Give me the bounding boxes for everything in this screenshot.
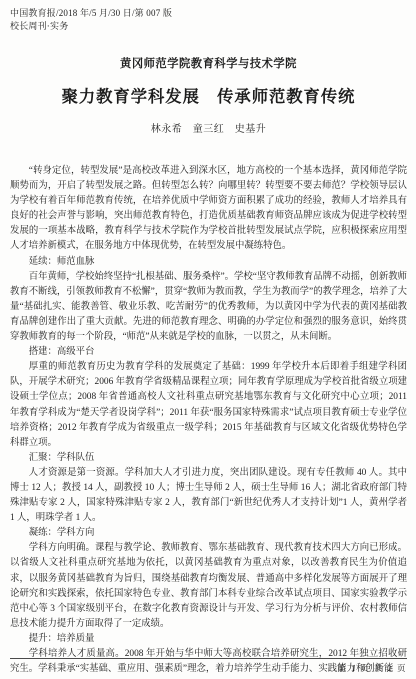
publication-info: 中国教育报/2018 年/5 月/30 日/第 007 版 bbox=[10, 7, 407, 20]
article-authors: 林永希 童三红 史基升 bbox=[10, 120, 407, 135]
masthead: 中国教育报/2018 年/5 月/30 日/第 007 版 校长周刊·实务 bbox=[10, 7, 407, 33]
paragraph-4: 学科方向明确。课程与教学论、教师教育、鄂东基础教育、现代教育技术四大方向已形成。… bbox=[10, 541, 407, 632]
page-footer: 第 1 页 共 2 页 bbox=[10, 658, 407, 674]
article-title: 聚力教育学科发展 传承师范教育传统 bbox=[10, 83, 407, 107]
paragraph-3: 人才资源是第一资源。学科加大人才引进力度，突出团队建设。现有专任教师 40 人。… bbox=[10, 466, 407, 526]
article-body: “转身定位，转型发展”是高校改革进入到深水区，地方高校的一个基本选择，黄冈师范学… bbox=[10, 164, 407, 677]
newspaper-page: 中国教育报/2018 年/5 月/30 日/第 007 版 校长周刊·实务 黄冈… bbox=[0, 0, 416, 679]
section-heading-5: 提升：培养质量 bbox=[10, 632, 407, 647]
page-number: 第 1 页 共 2 页 bbox=[10, 662, 407, 674]
section-heading-1: 延续：师范血脉 bbox=[10, 255, 407, 270]
section-heading-4: 凝练：学科方向 bbox=[10, 526, 407, 541]
footer-divider bbox=[10, 658, 407, 659]
section-heading-2: 搭建：高级平台 bbox=[10, 345, 407, 360]
paragraph-2: 厚重的师范教育历史为教育学科的发展奠定了基础：1999 年学校升本后即着手组建学… bbox=[10, 360, 407, 451]
paragraph-1: 百年黄师，学校始终坚持“扎根基础、服务桑梓”。学校“坚守教师教育品牌不动摇，创新… bbox=[10, 270, 407, 345]
article-college-line: 黄冈师范学院教育科学与技术学院 bbox=[10, 55, 407, 71]
section-info: 校长周刊·实务 bbox=[10, 20, 407, 33]
paragraph-intro: “转身定位，转型发展”是高校改革进入到深水区，地方高校的一个基本选择，黄冈师范学… bbox=[10, 164, 407, 255]
section-heading-3: 汇聚：学科队伍 bbox=[10, 451, 407, 466]
